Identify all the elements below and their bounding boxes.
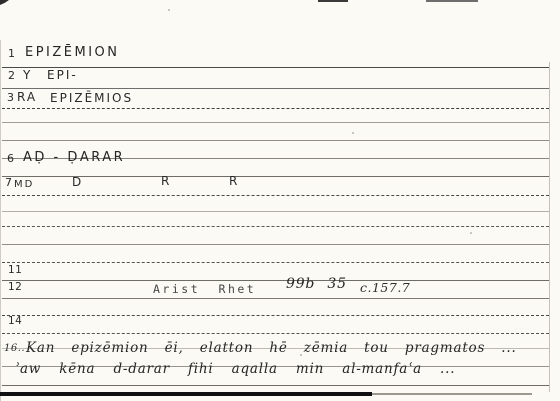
bottom-edge-line-faint xyxy=(372,393,532,395)
bottom-edge-line xyxy=(0,392,372,396)
scan-edge-artifact xyxy=(318,0,348,2)
line-number-12: 12 xyxy=(8,282,22,293)
abbrev-r-2: R xyxy=(229,175,239,187)
term-epi: EPI- xyxy=(47,69,78,81)
rule-line xyxy=(2,315,549,316)
rule-line xyxy=(2,195,549,196)
abbrev-md: MD xyxy=(14,180,34,190)
scan-edge-artifact xyxy=(426,0,478,2)
term-epizemios: EPIZĒMIOS xyxy=(50,92,133,104)
line-number-1: 1 xyxy=(8,48,16,59)
card-left-edge xyxy=(0,40,1,401)
rule-line xyxy=(2,88,549,89)
term-epizemion: EPIZĒMION xyxy=(25,46,120,59)
line-number-6: 6 xyxy=(7,153,15,164)
paper-speck xyxy=(470,232,472,234)
quote-line-number: 16.. xyxy=(4,344,25,354)
line-number-14: 14 xyxy=(8,316,22,327)
paper-speck xyxy=(168,9,170,11)
rule-line xyxy=(2,280,549,281)
rule-line xyxy=(2,385,549,386)
citation-page-ref: c.157.7 xyxy=(360,282,410,295)
citation-locus: 99b 35 xyxy=(286,277,347,291)
right-margin-line xyxy=(549,62,550,392)
rule-line xyxy=(2,298,549,299)
line-number-3: 3 xyxy=(7,92,15,103)
term-ra: RA xyxy=(17,91,37,103)
quote-arabic-line: ʾaw kēna d-darar fihi aqalla min al-manf… xyxy=(15,363,455,377)
citation-arist-rhet: Arist Rhet xyxy=(153,284,256,296)
rule-line xyxy=(2,108,549,109)
quote-greek-line: Kan epizēmion ēi, elatton hē zēmia tou p… xyxy=(26,342,517,356)
paper-speck xyxy=(352,132,354,134)
line-number-7: 7 xyxy=(5,177,13,188)
scan-corner-artifact xyxy=(0,0,9,5)
term-ad-darar: AḌ - ḌARAR xyxy=(23,151,125,164)
rule-line xyxy=(2,176,549,177)
abbrev-d: D xyxy=(72,176,83,188)
rule-line xyxy=(2,244,549,245)
rule-line xyxy=(2,140,549,141)
abbrev-r-1: R xyxy=(161,175,171,187)
rule-line xyxy=(2,122,549,123)
rule-line xyxy=(2,211,549,212)
line-number-2: 2 xyxy=(8,70,16,81)
rule-line xyxy=(2,226,549,227)
rule-line xyxy=(2,67,549,68)
paper-speck xyxy=(300,354,302,356)
line-number-11: 11 xyxy=(8,265,22,276)
term-y: Y xyxy=(23,69,32,81)
rule-line xyxy=(2,262,549,263)
index-card: 1 EPIZĒMION 2 Y EPI- 3 RA EPIZĒMIOS 6 AḌ… xyxy=(0,0,560,401)
rule-line xyxy=(2,333,549,334)
